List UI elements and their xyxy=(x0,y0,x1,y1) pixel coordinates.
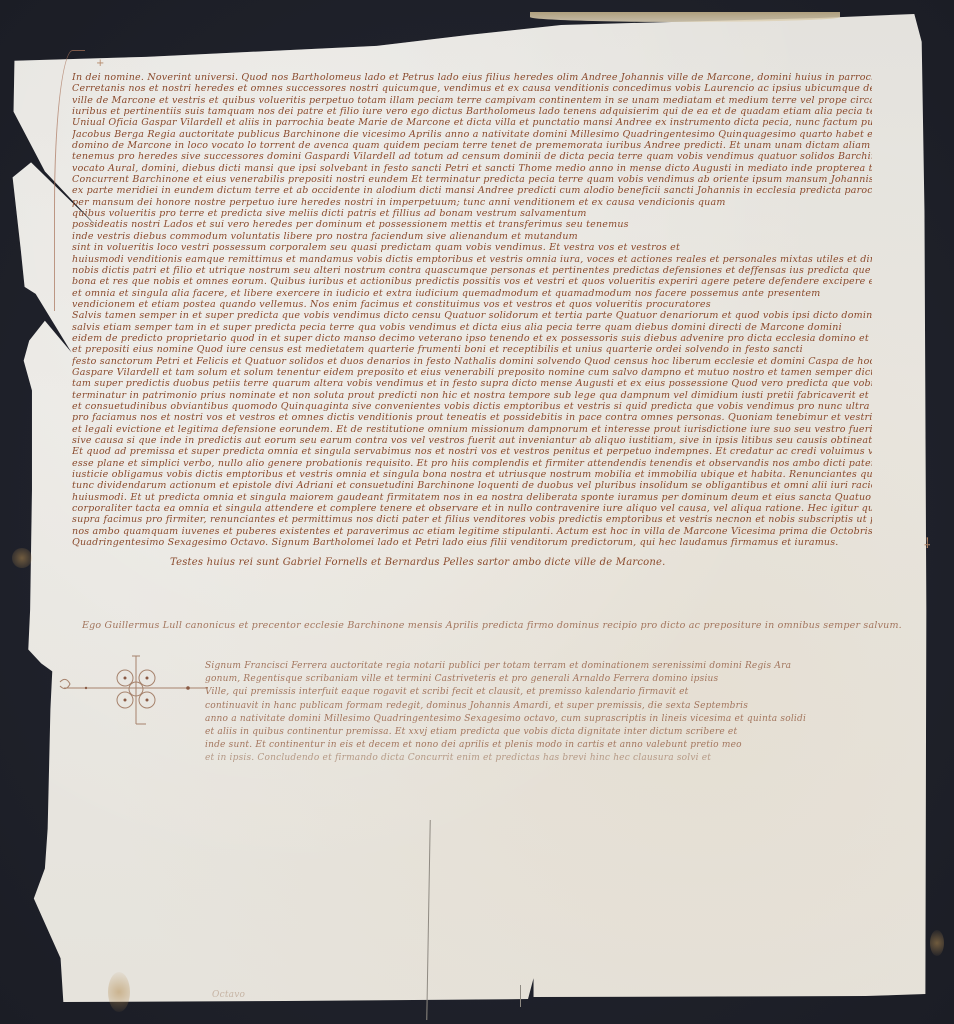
parchment-top-edge-stain xyxy=(530,12,840,22)
body-line: possideatis nostri Lados et sui vero her… xyxy=(72,219,872,230)
stain-right-margin xyxy=(930,930,944,956)
body-line: tunc dividendarum actionum et epistole d… xyxy=(72,480,872,491)
body-line: nobis dictis patri et filio et utrique n… xyxy=(72,265,872,276)
body-line: terminatur in patrimonio prius nominate … xyxy=(72,390,872,401)
body-line: festo sanctorum Petri et Felicis et Quat… xyxy=(72,356,872,367)
body-line: iuribus et pertinentiis suis tamquam nos… xyxy=(72,106,872,117)
body-line: Et quod ad premissa et super predicta om… xyxy=(72,446,872,457)
canon-subscription: Ego Guillermus Lull canonicus et precent… xyxy=(82,620,902,631)
body-line: iusticie obligamus vobis dictis emptorib… xyxy=(72,469,872,480)
body-line: Concurrent Barchinone et eius venerabili… xyxy=(72,174,872,185)
body-line: huiusmodi venditionis eamque remittimus … xyxy=(72,254,872,265)
notary-line: et in ipsis. Concludendo et firmando dic… xyxy=(205,752,905,765)
body-line: nos ambo quamquam iuvenes et puberes exi… xyxy=(72,526,872,537)
body-line: In dei nomine. Noverint universi. Quod n… xyxy=(72,72,872,83)
body-line: bona et res que nobis et omnes eorum. Qu… xyxy=(72,276,872,287)
body-line: pro faciamus nos et nostri vos et vestro… xyxy=(72,412,872,423)
top-left-mark: + xyxy=(96,58,104,69)
body-line: supra facimus pro firmiter, renunciantes… xyxy=(72,514,872,525)
notary-line: gonum, Regentisque scribaniam ville et t… xyxy=(205,673,905,686)
notary-line: continuavit in hanc publicam formam rede… xyxy=(205,700,905,713)
notary-line: Signum Francisci Ferrera auctoritate reg… xyxy=(205,660,905,673)
body-line: et prepositi eius nomine Quod iure censu… xyxy=(72,344,872,355)
body-line: Uniual Oficia Gaspar Vilardell et aliis … xyxy=(72,117,872,128)
body-line: et consuetudinibus obviantibus quomodo Q… xyxy=(72,401,872,412)
body-line: tenemus pro heredes sive successores dom… xyxy=(72,151,872,162)
body-line: sint in volueritis loco vestri possessum… xyxy=(72,242,872,253)
body-line: Salvis tamen semper in et super predicta… xyxy=(72,310,872,321)
stain-bottom-left xyxy=(108,972,130,1012)
body-line: inde vestris diebus commodum voluntatis … xyxy=(72,231,872,242)
body-line: vendicionem et etiam postea quando velle… xyxy=(72,299,872,310)
body-line: per mansum dei honore nostre perpetuo iu… xyxy=(72,197,872,208)
bottom-margin-note: Octavo xyxy=(212,990,245,1000)
notary-line: inde sunt. Et continentur in eis et dece… xyxy=(205,739,905,752)
notary-line: et aliis in quibus continentur premissa.… xyxy=(205,726,905,739)
body-line: sive causa si que inde in predictis aut … xyxy=(72,435,872,446)
parchment-bottom-tear xyxy=(520,985,521,1007)
body-line: Jacobus Berga Regia auctoritate publicus… xyxy=(72,129,872,140)
witnesses-line: Testes huius rei sunt Gabriel Fornells e… xyxy=(170,557,666,568)
body-line: ville de Marcone et vestris et quibus vo… xyxy=(72,95,872,106)
body-line: et legali evictione et legitima defensio… xyxy=(72,424,872,435)
body-line: domino de Marcone in loco vocato lo torr… xyxy=(72,140,872,151)
body-line: et omnia et singula alia facere, et libe… xyxy=(72,288,872,299)
notarial-signum-icon xyxy=(58,652,208,732)
body-line: Quadringentesimo Sexagesimo Octavo. Sign… xyxy=(72,537,872,548)
right-margin-mark: ⸸ xyxy=(924,534,931,553)
body-line: quibus volueritis pro terre et predicta … xyxy=(72,208,872,219)
body-line: huiusmodi. Et ut predicta omnia et singu… xyxy=(72,492,872,503)
document-body: In dei nomine. Noverint universi. Quod n… xyxy=(72,72,872,548)
body-line: corporaliter tacta ea omnia et singula a… xyxy=(72,503,872,514)
body-line: eidem de predicto proprietario quod in e… xyxy=(72,333,872,344)
notary-line: anno a nativitate domini Millesimo Quadr… xyxy=(205,713,905,726)
body-line: Gaspare Vilardell et tam solum et solum … xyxy=(72,367,872,378)
body-line: vocato Aural, domini, diebus dicti mansi… xyxy=(72,163,872,174)
body-line: esse plane et simplici verbo, nullo alio… xyxy=(72,458,872,469)
notary-line: Ville, qui premissis interfuit eaque rog… xyxy=(205,686,905,699)
body-line: ex parte meridiei in eundem dictum terre… xyxy=(72,185,872,196)
stain-left-margin xyxy=(12,548,32,568)
notary-subscription: Signum Francisci Ferrera auctoritate reg… xyxy=(205,660,905,766)
photo-stage: + In dei nomine. Noverint universi. Quod… xyxy=(0,0,954,1024)
body-line: salvis etiam semper tam in et super pred… xyxy=(72,322,872,333)
body-line: Cerretanis nos et nostri heredes et omne… xyxy=(72,83,872,94)
body-line: tam super predictis duobus petiis terre … xyxy=(72,378,872,389)
